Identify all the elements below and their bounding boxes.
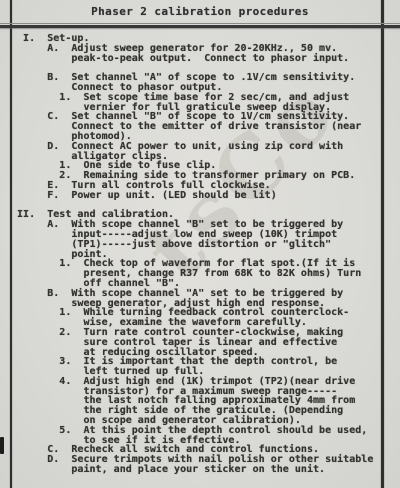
scan-artifact <box>0 437 4 454</box>
text-line: paint, and place your sticker on the uni… <box>17 465 389 475</box>
document-body: I. Set-up. A. Adjust sweep generator for… <box>17 34 389 475</box>
text-line: peak-to-peak output. Connect to phasor i… <box>17 54 389 64</box>
page-border-left <box>10 0 12 488</box>
text-line: F. Power up unit. (LED should be lit) <box>17 191 389 201</box>
title-divider-lower <box>0 25 400 28</box>
page-title: Phaser 2 calibration procedures <box>0 5 400 18</box>
scanned-document-page: tsCo Phaser 2 calibration procedures I. … <box>0 0 400 488</box>
title-divider-upper <box>0 23 400 24</box>
